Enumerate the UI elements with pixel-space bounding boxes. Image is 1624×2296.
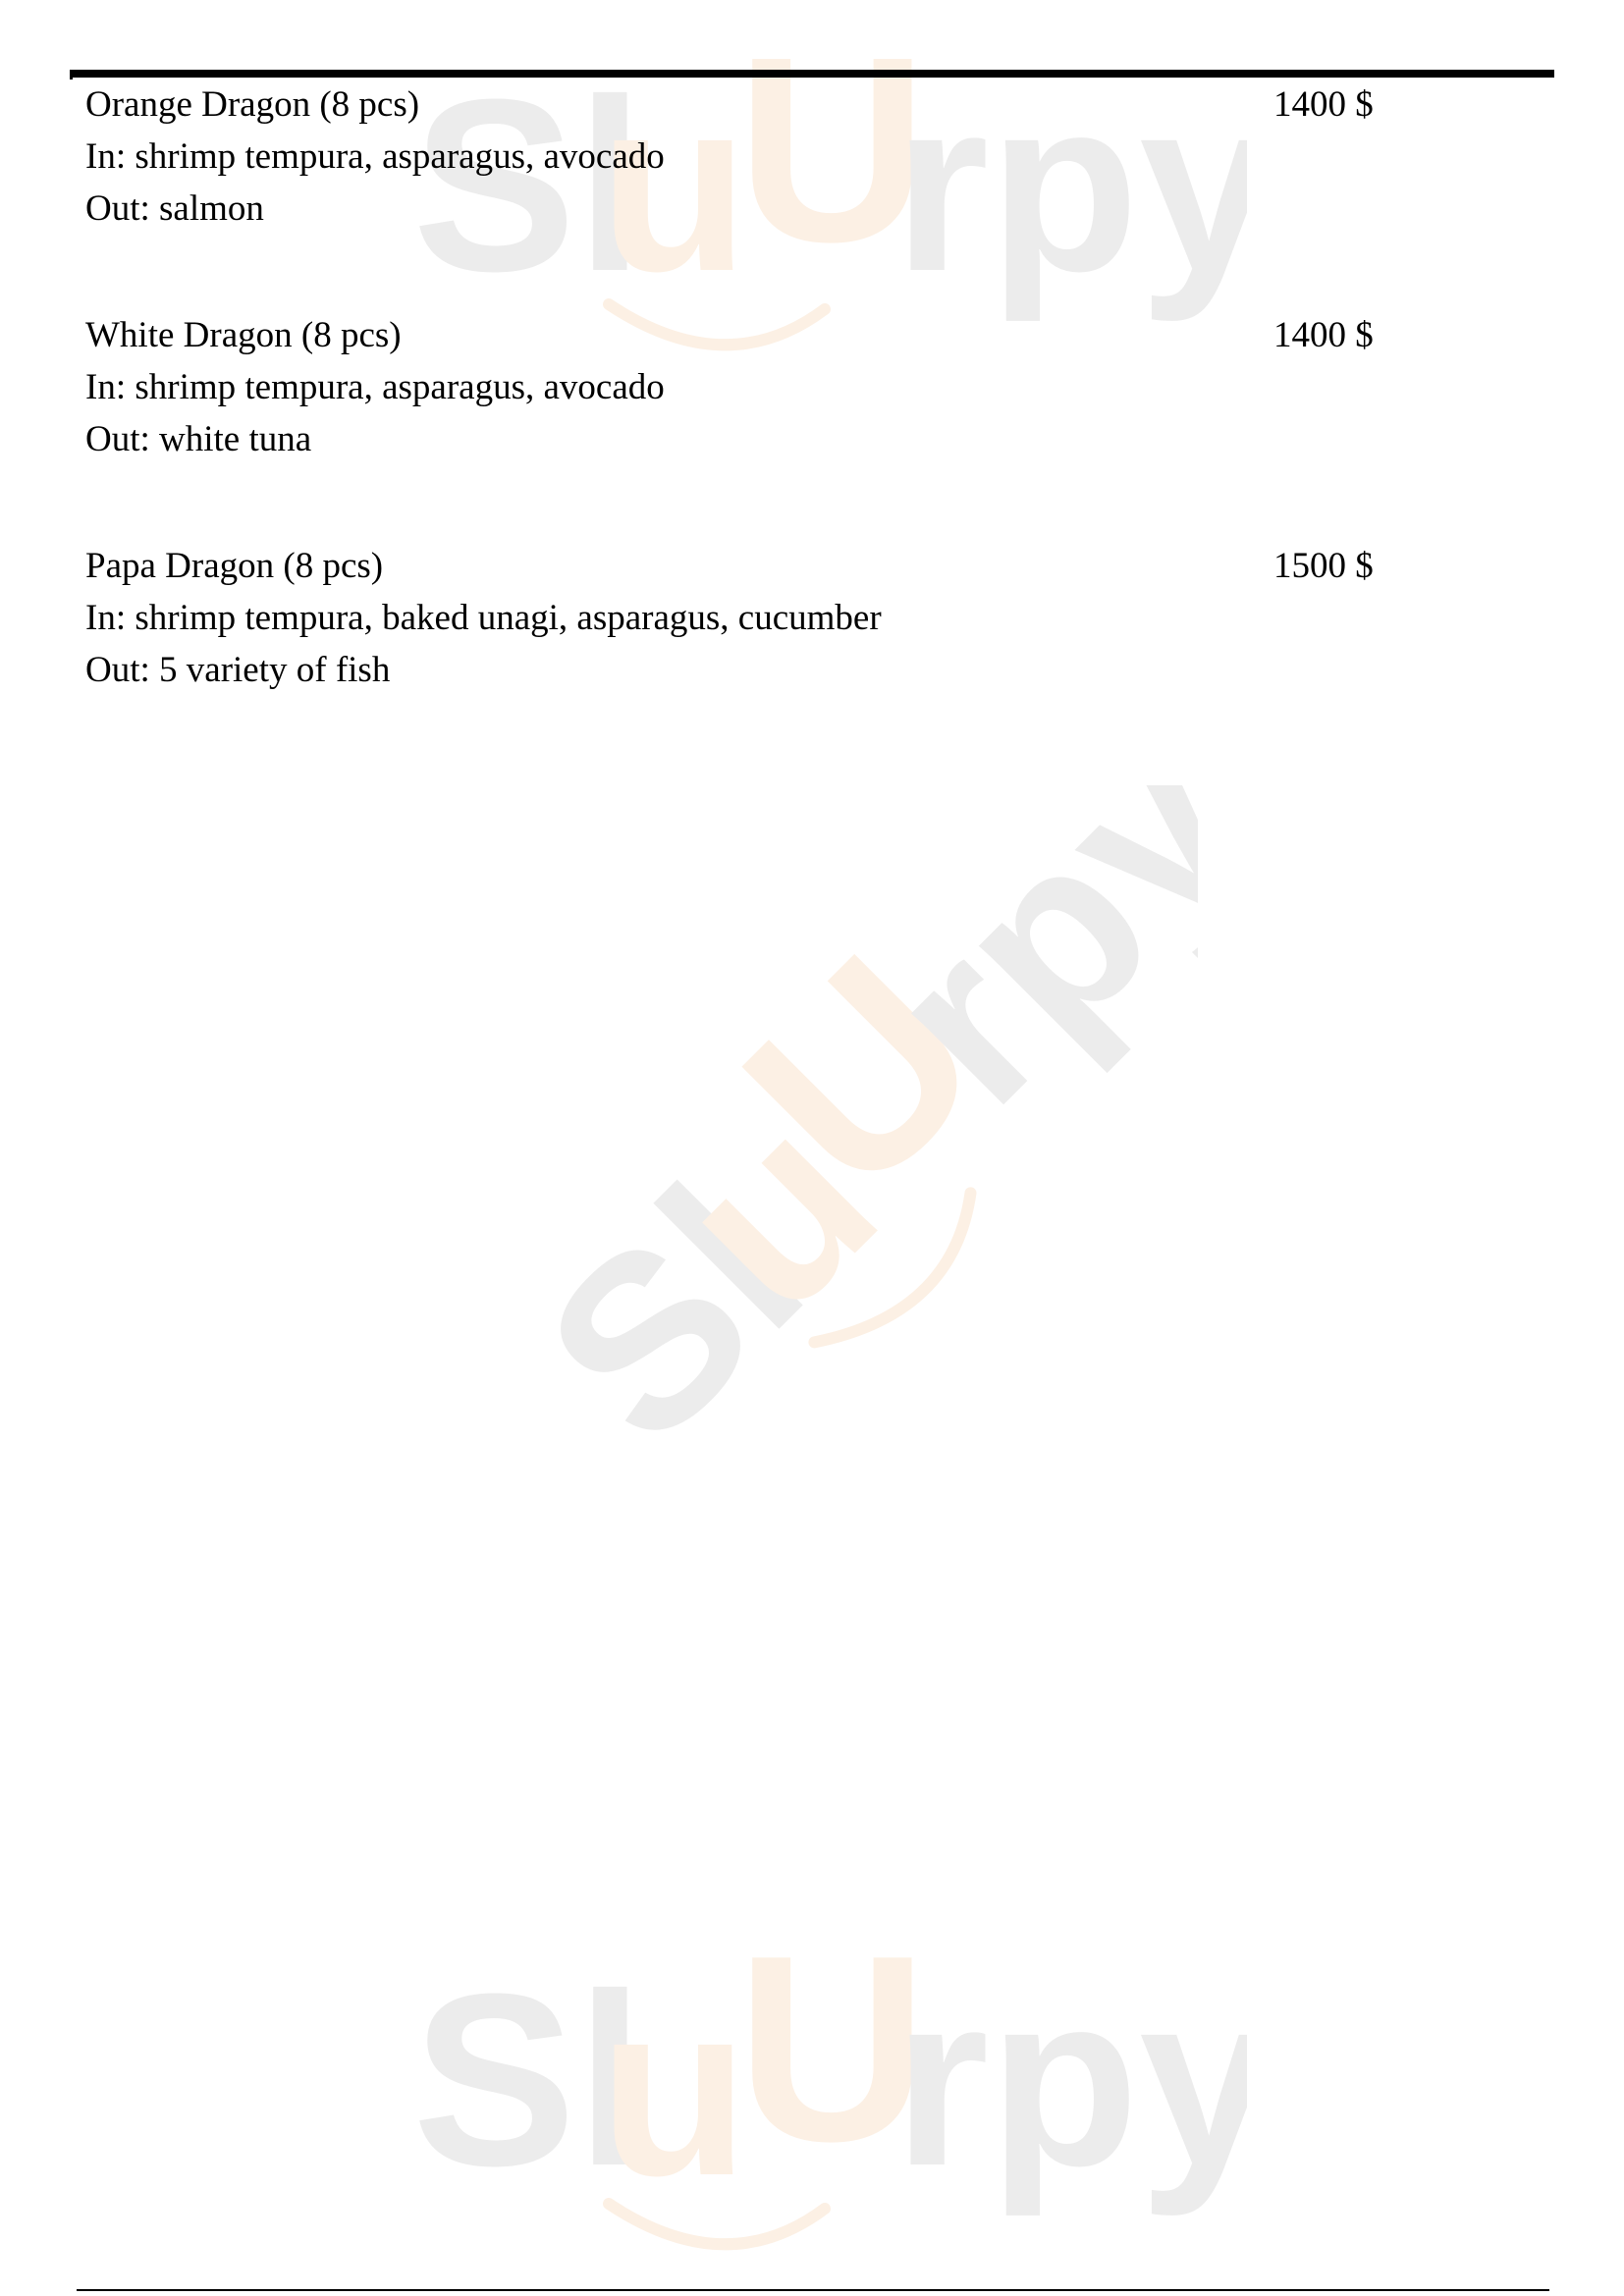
item-outside-ingredients: Out: 5 variety of fish (85, 644, 882, 696)
watermark-logo-bottom: Sl u U rpy (403, 1953, 1247, 2258)
svg-text:rpy: rpy (893, 59, 1247, 322)
item-inside-ingredients: In: shrimp tempura, baked unagi, asparag… (85, 592, 882, 644)
menu-item-papa-dragon: Papa Dragon (8 pcs) In: shrimp tempura, … (85, 540, 882, 696)
item-name: Orange Dragon (8 pcs) (85, 79, 665, 131)
svg-text:Sl: Sl (494, 1136, 851, 1493)
svg-text:rpy: rpy (893, 1953, 1247, 2216)
item-inside-ingredients: In: shrimp tempura, asparagus, avocado (85, 361, 665, 413)
svg-text:U: U (736, 1953, 928, 2197)
svg-text:u: u (599, 1953, 749, 2226)
item-outside-ingredients: Out: salmon (85, 183, 665, 235)
svg-text:rpy: rpy (835, 785, 1198, 1153)
bottom-divider (77, 2289, 1549, 2291)
top-divider-notch (70, 78, 73, 80)
item-name: Papa Dragon (8 pcs) (85, 540, 882, 592)
item-price: 1400 $ (1273, 309, 1374, 361)
svg-text:U: U (691, 903, 1036, 1248)
item-name: White Dragon (8 pcs) (85, 309, 665, 361)
item-price: 1400 $ (1273, 79, 1374, 131)
watermark-logo-middle: Sl u U rpy (452, 785, 1198, 1531)
svg-text:Sl: Sl (412, 1953, 644, 2216)
svg-text:U: U (736, 59, 928, 297)
menu-item-white-dragon: White Dragon (8 pcs) In: shrimp tempura,… (85, 309, 665, 465)
menu-item-orange-dragon: Orange Dragon (8 pcs) In: shrimp tempura… (85, 79, 665, 235)
top-divider (70, 70, 1554, 78)
item-outside-ingredients: Out: white tuna (85, 413, 665, 465)
svg-text:u: u (626, 1062, 926, 1362)
item-inside-ingredients: In: shrimp tempura, asparagus, avocado (85, 131, 665, 183)
item-price: 1500 $ (1273, 540, 1374, 592)
